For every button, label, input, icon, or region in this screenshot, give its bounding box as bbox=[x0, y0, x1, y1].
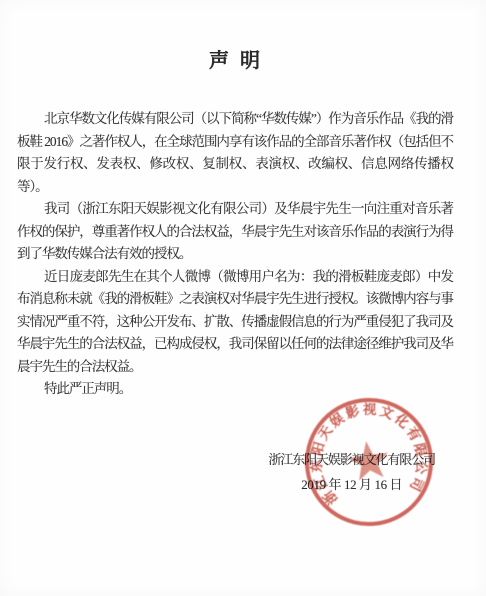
statement-document: 声 明 北京华数文化传媒有限公司（以下简称“华数传媒”）作为音乐作品《我的滑板鞋… bbox=[0, 0, 486, 596]
paragraph-authorization: 我司（浙江东阳天娱影视文化有限公司）及华晨宇先生一向注重对音乐著作权的保护，尊重… bbox=[17, 198, 453, 266]
signature-date: 2019 年 12 月 16 日 bbox=[268, 477, 435, 493]
paragraph-infringement-claim: 近日庞麦郎先生在其个人微博（微博用户名为：我的滑板鞋庞麦郎）中发布消息称未就《我… bbox=[17, 266, 453, 379]
paragraph-closing: 特此严正声明。 bbox=[17, 378, 453, 401]
paragraph-copyright-ownership: 北京华数文化传媒有限公司（以下简称“华数传媒”）作为音乐作品《我的滑板鞋 201… bbox=[17, 108, 453, 198]
document-title: 声 明 bbox=[17, 44, 453, 73]
document-body: 北京华数文化传媒有限公司（以下简称“华数传媒”）作为音乐作品《我的滑板鞋 201… bbox=[17, 108, 453, 401]
signature-company-name: 浙江东阳天娱影视文化有限公司 bbox=[268, 452, 435, 468]
signature-block: 浙江东阳天娱影视文化有限公司 2019 年 12 月 16 日 bbox=[268, 452, 435, 493]
